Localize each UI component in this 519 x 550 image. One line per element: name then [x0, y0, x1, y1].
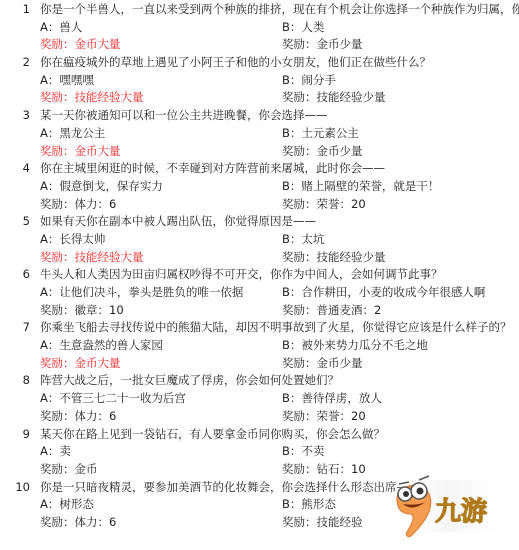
option-b: B：善待俘虏，放人: [282, 390, 382, 408]
question-number: 6: [0, 266, 30, 284]
question-number: 7: [0, 319, 30, 337]
reward-a: 奖励：金币大量: [40, 355, 121, 373]
options-row: A：假意倒戈，保存实力 B：赌上隔壁的荣誉，就是干！: [0, 178, 519, 196]
reward-a: 奖励：金币: [40, 461, 98, 479]
question-text: 阵营大战之后，一批女巨魔成了俘虏，你会如何处置她们？: [40, 372, 339, 390]
question-text: 某一天你被通知可以和一位公主共进晚餐，你会选择——: [40, 107, 328, 125]
option-a: A：生意盎然的兽人家园: [40, 337, 163, 355]
question-text: 你乘坐飞船去寻找传说中的熊猫大陆，却因不明事故到了火星，你觉得它应该是什么样子的…: [40, 319, 512, 337]
question-text: 如果有天你在副本中被人踢出队伍，你觉得原因是——: [40, 213, 316, 231]
question-number: 10: [0, 479, 30, 497]
question-row: 7 你乘坐飞船去寻找传说中的熊猫大陆，却因不明事故到了火星，你觉得它应该是什么样…: [0, 319, 519, 337]
option-b: B：熊形态: [282, 496, 336, 514]
reward-b: 奖励：技能经验少量: [282, 89, 386, 107]
option-a: A：嘿嘿嘿: [40, 72, 94, 90]
reward-a: 奖励：技能经验大量: [40, 249, 144, 267]
question-number: 1: [0, 1, 30, 19]
option-b: B：合作耕田，小麦的收成今年很感人啊: [282, 284, 485, 302]
question-text: 你在主城里闲逛的时候，不幸碰到对方阵营前来屠城，此时你会——: [40, 160, 385, 178]
option-a: A：让他们决斗，拳头是胜负的唯一依据: [40, 284, 243, 302]
reward-b: 奖励：技能经验: [282, 514, 363, 532]
option-b: B：被外来势力瓜分不毛之地: [282, 337, 428, 355]
options-row: A：黑龙公主 B：土元素公主: [0, 125, 519, 143]
question-row: 9 某天你在路上见到一袋钻石，有人要拿金币同你购买，你会怎么做？: [0, 426, 519, 444]
question-row: 8 阵营大战之后，一批女巨魔成了俘虏，你会如何处置她们？: [0, 372, 519, 390]
question-number: 8: [0, 372, 30, 390]
reward-b: 奖励：金币少量: [282, 143, 363, 161]
reward-a: 奖励：技能经验大量: [40, 89, 144, 107]
option-a: A：假意倒戈，保存实力: [40, 178, 163, 196]
options-row: A：卖 B：不卖: [0, 443, 519, 461]
reward-b: 奖励：普通麦酒：2: [282, 302, 381, 320]
options-row: A：生意盎然的兽人家园 B：被外来势力瓜分不毛之地: [0, 337, 519, 355]
reward-b: 奖励：金币少量: [282, 355, 363, 373]
reward-b: 奖励：钻石：10: [282, 461, 366, 479]
question-row: 6 牛头人和人类因为田亩归属权吵得不可开交，你作为中间人，会如何调节此事？: [0, 266, 519, 284]
reward-row: 奖励：金币大量 奖励：金币少量: [0, 355, 519, 373]
reward-row: 奖励：技能经验大量 奖励：技能经验少量: [0, 249, 519, 267]
option-b: B：闹分手: [282, 72, 336, 90]
question-number: 9: [0, 426, 30, 444]
question-number: 2: [0, 54, 30, 72]
quiz-list: 1 你是一个半兽人，一直以来受到两个种族的排挤，现在有个机会让你选择一个种族作为…: [0, 1, 519, 532]
reward-b: 奖励：技能经验少量: [282, 249, 386, 267]
reward-b: 奖励：荣誉：20: [282, 408, 366, 426]
options-row: A：嘿嘿嘿 B：闹分手: [0, 72, 519, 90]
question-number: 4: [0, 160, 30, 178]
option-a: A：树形态: [40, 496, 94, 514]
reward-a: 奖励：体力：6: [40, 514, 116, 532]
option-a: A：卖: [40, 443, 71, 461]
question-row: 5 如果有天你在副本中被人踢出队伍，你觉得原因是——: [0, 213, 519, 231]
svg-text:九游: 九游: [435, 497, 487, 527]
reward-a: 奖励：体力：6: [40, 196, 116, 214]
option-b: B：人类: [282, 19, 324, 37]
question-text: 你是一个半兽人，一直以来受到两个种族的排挤，现在有个机会让你选择一个种族作为归属…: [40, 1, 519, 19]
reward-row: 奖励：技能经验大量 奖励：技能经验少量: [0, 89, 519, 107]
option-b: B：太坑: [282, 231, 324, 249]
reward-row: 奖励：体力：6 奖励：荣誉：20: [0, 196, 519, 214]
options-row: A：不管三七二十一收为后宫 B：善待俘虏，放人: [0, 390, 519, 408]
reward-row: 奖励：金币大量 奖励：金币少量: [0, 36, 519, 54]
question-row: 3 某一天你被通知可以和一位公主共进晚餐，你会选择——: [0, 107, 519, 125]
reward-row: 奖励：徽章：10 奖励：普通麦酒：2: [0, 302, 519, 320]
reward-row: 奖励：体力：6 奖励：荣誉：20: [0, 408, 519, 426]
reward-b: 奖励：金币少量: [282, 36, 363, 54]
reward-a: 奖励：体力：6: [40, 408, 116, 426]
options-row: A：长得太帅 B：太坑: [0, 231, 519, 249]
question-text: 你是一只暗夜精灵，要参加美酒节的化妆舞会，你会选择什么形态出席——: [40, 479, 420, 497]
option-a: A：不管三七二十一收为后宫: [40, 390, 186, 408]
option-b: B：赌上隔壁的荣誉，就是干！: [282, 178, 439, 196]
option-a: A：黑龙公主: [40, 125, 105, 143]
question-number: 3: [0, 107, 30, 125]
jiuyou-logo-icon: 九游: [385, 470, 515, 542]
question-row: 1 你是一个半兽人，一直以来受到两个种族的排挤，现在有个机会让你选择一个种族作为…: [0, 1, 519, 19]
watermark-logo: 九游: [385, 470, 515, 542]
question-text: 你在瘟疫城外的草地上遇见了小阿王子和他的小女朋友，他们正在做些什么？: [40, 54, 431, 72]
option-b: B：土元素公主: [282, 125, 359, 143]
options-row: A：让他们决斗，拳头是胜负的唯一依据 B：合作耕田，小麦的收成今年很感人啊: [0, 284, 519, 302]
reward-a: 奖励：金币大量: [40, 36, 121, 54]
reward-b: 奖励：荣誉：20: [282, 196, 366, 214]
reward-a: 奖励：徽章：10: [40, 302, 124, 320]
option-a: A：长得太帅: [40, 231, 105, 249]
reward-row: 奖励：金币大量 奖励：金币少量: [0, 143, 519, 161]
question-row: 2 你在瘟疫城外的草地上遇见了小阿王子和他的小女朋友，他们正在做些什么？: [0, 54, 519, 72]
option-b: B：不卖: [282, 443, 324, 461]
question-number: 5: [0, 213, 30, 231]
option-a: A：兽人: [40, 19, 82, 37]
question-text: 某天你在路上见到一袋钻石，有人要拿金币同你购买，你会怎么做？: [40, 426, 385, 444]
question-text: 牛头人和人类因为田亩归属权吵得不可开交，你作为中间人，会如何调节此事？: [40, 266, 443, 284]
options-row: A：兽人 B：人类: [0, 19, 519, 37]
reward-a: 奖励：金币大量: [40, 143, 121, 161]
question-row: 4 你在主城里闲逛的时候，不幸碰到对方阵营前来屠城，此时你会——: [0, 160, 519, 178]
